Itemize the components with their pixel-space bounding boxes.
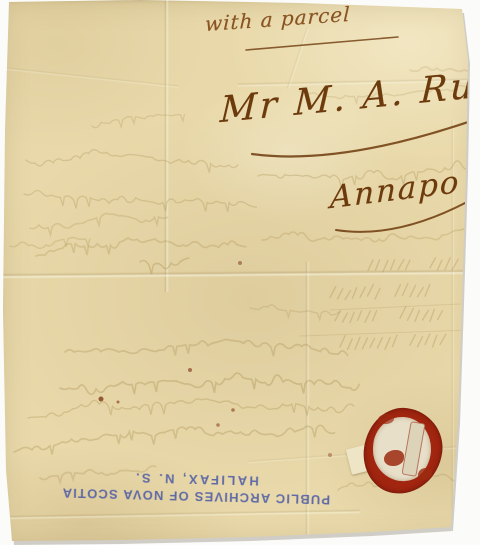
handwritten-addressee: Mr M. A. Runn (219, 60, 480, 131)
scanned-letter: with a parcel Mr M. A. Runn Annapo PUBLI… (0, 0, 480, 545)
vertical-fold-crease (164, 0, 169, 292)
note-underline-stroke (246, 37, 398, 50)
diagonal-fold-crease (286, 27, 310, 89)
wax-seal (360, 404, 450, 502)
horizontal-fold-crease (0, 269, 480, 279)
handwritten-place: Annapo (330, 164, 461, 216)
horizontal-fold-crease (0, 66, 179, 89)
letter-paper: with a parcel Mr M. A. Runn Annapo PUBLI… (0, 0, 480, 545)
handwritten-note: with a parcel (205, 2, 351, 36)
addressee-flourish-stroke (252, 120, 474, 156)
archives-stamp: PUBLIC ARCHIVES OF NOVA SCOTIA HALIFAX, … (50, 468, 343, 508)
horizontal-fold-crease (0, 509, 360, 520)
